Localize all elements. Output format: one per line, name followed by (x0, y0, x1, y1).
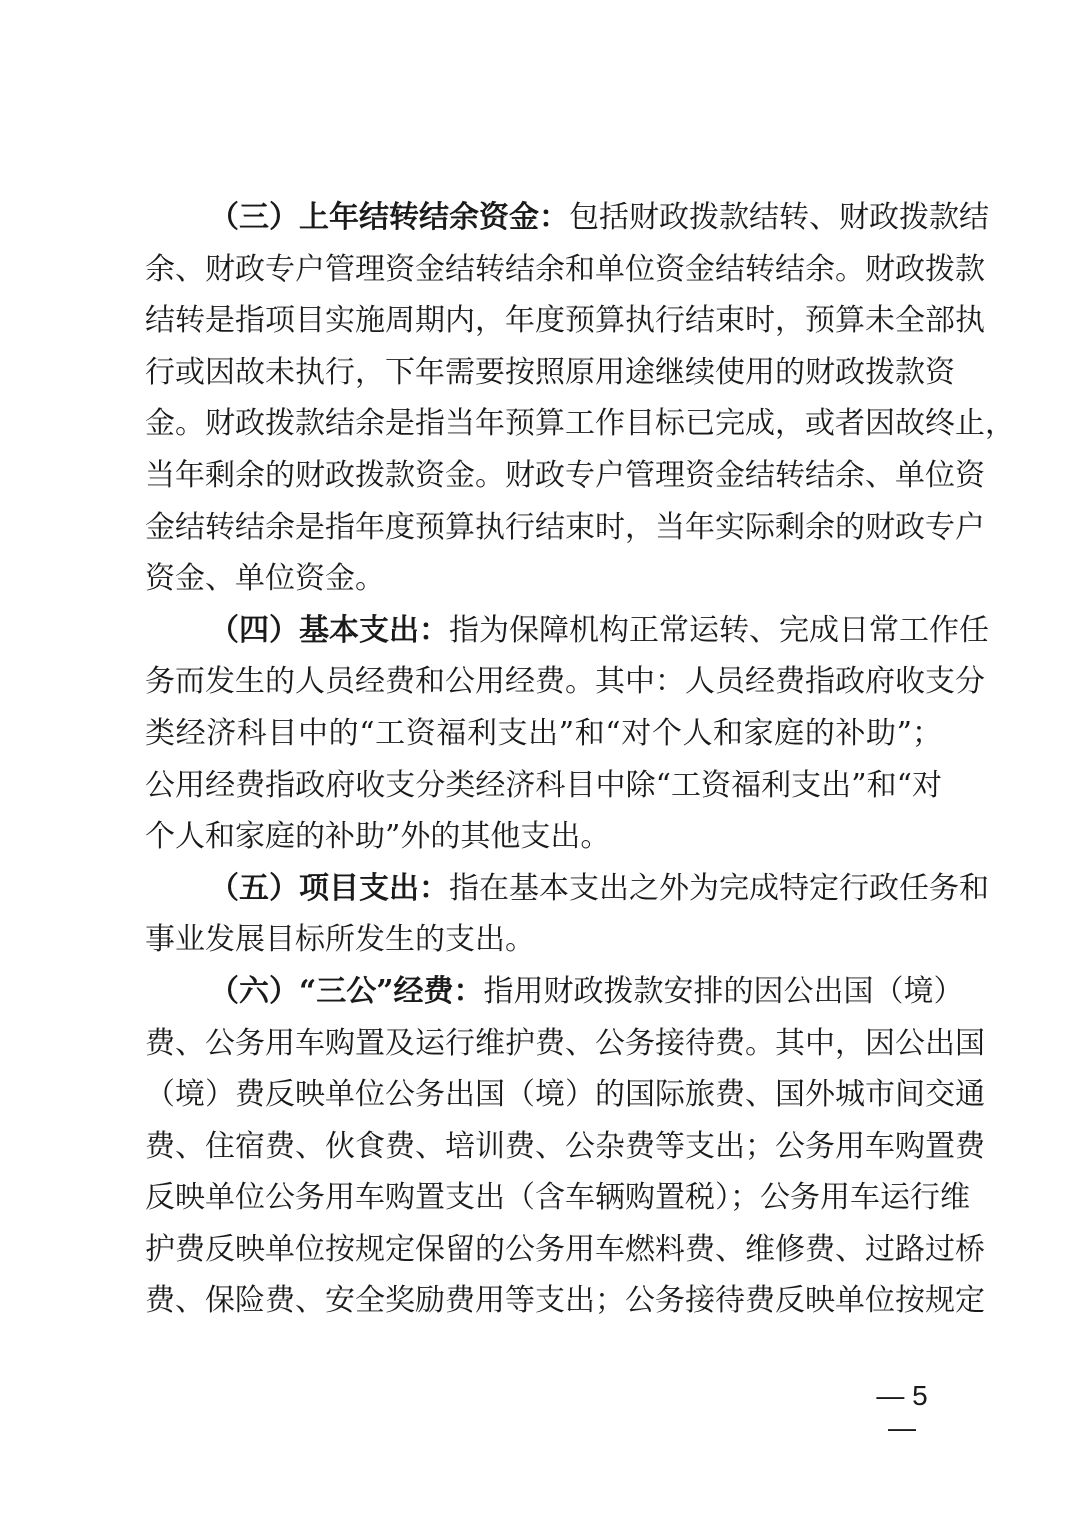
paragraph-three-line-2: 余、财政专户管理资金结转结余和单位资金结转结余。财政拨款 (145, 244, 942, 296)
paragraph-six-line-5: 反映单位公务用车购置支出（含车辆购置税）；公务用车运行维 (145, 1172, 942, 1224)
section-heading-five: （五）项目支出： (209, 871, 449, 906)
paragraph-six-line-7: 费、保险费、安全奖励费用等支出；公务接待费反映单位按规定 (145, 1275, 942, 1327)
paragraph-six-line-4: 费、住宿费、伙食费、培训费、公杂费等支出；公务用车购置费 (145, 1121, 942, 1173)
paragraph-six-line-2: 费、公务用车购置及运行维护费、公务接待费。其中，因公出国 (145, 1018, 942, 1070)
paragraph-six-line-3: （境）费反映单位公务出国（境）的国际旅费、国外城市间交通 (145, 1069, 942, 1121)
paragraph-five-line-1: （五）项目支出：指在基本支出之外为完成特定行政任务和 (145, 863, 942, 915)
paragraph-six-line-6: 护费反映单位按规定保留的公务用车燃料费、维修费、过路过桥 (145, 1224, 942, 1276)
page-number: — 5 — (862, 1380, 942, 1444)
paragraph-four-line-4: 公用经费指政府收支分类经济科目中除“工资福利支出”和“对 (145, 760, 942, 812)
paragraph-six-line-1: （六）“三公”经费：指用财政拨款安排的因公出国（境） (145, 966, 942, 1018)
paragraph-three-line-7: 金结转结余是指年度预算执行结束时，当年实际剩余的财政专户 (145, 502, 942, 554)
paragraph-three-line-1: （三）上年结转结余资金：包括财政拨款结转、财政拨款结 (145, 192, 942, 244)
paragraph-four-line-2: 务而发生的人员经费和公用经费。其中：人员经费指政府收支分 (145, 656, 942, 708)
paragraph-three-line-4: 行或因故未执行，下年需要按照原用途继续使用的财政拨款资 (145, 347, 942, 399)
document-page: （三）上年结转结余资金：包括财政拨款结转、财政拨款结 余、财政专户管理资金结转结… (0, 0, 1074, 1520)
paragraph-five-line-2: 事业发展目标所发生的支出。 (145, 914, 942, 966)
section-heading-six: （六）“三公”经费： (209, 974, 484, 1009)
paragraph-three-line-6: 当年剩余的财政拨款资金。财政专户管理资金结转结余、单位资 (145, 450, 942, 502)
paragraph-four-line-3: 类经济科目中的“工资福利支出”和“对个人和家庭的补助”； (145, 708, 942, 760)
section-heading-three: （三）上年结转结余资金： (209, 200, 569, 235)
paragraph-three-line-8: 资金、单位资金。 (145, 553, 942, 605)
document-body: （三）上年结转结余资金：包括财政拨款结转、财政拨款结 余、财政专户管理资金结转结… (145, 192, 942, 1327)
paragraph-three-line-3: 结转是指项目实施周期内，年度预算执行结束时，预算未全部执 (145, 295, 942, 347)
paragraph-four-line-1: （四）基本支出：指为保障机构正常运转、完成日常工作任 (145, 605, 942, 657)
paragraph-four-line-5: 个人和家庭的补助”外的其他支出。 (145, 811, 942, 863)
section-heading-four: （四）基本支出： (209, 613, 449, 648)
paragraph-three-line-5: 金。财政拨款结余是指当年预算工作目标已完成，或者因故终止， (145, 398, 942, 450)
